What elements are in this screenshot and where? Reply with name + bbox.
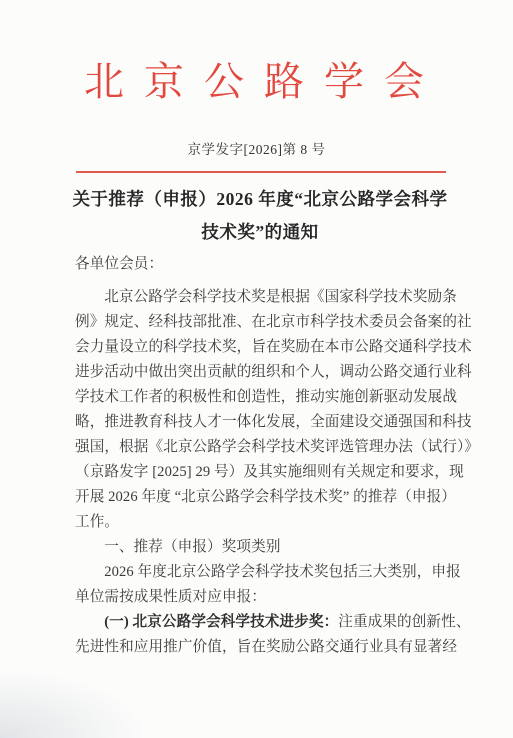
body-line: 进步活动中做出突出贡献的组织和个人，调动公路交通行业科 [75,360,475,385]
notice-title: 关于推荐（申报）2026 年度“北京公路学会科学 技术奖”的通知 [60,183,460,249]
notice-body: 各单位会员： 北京公路学会科学技术奖是根据《国家科学技术奖励条 例》规定、经科技… [75,252,475,660]
body-line: 例》规定、经科技部批准、在北京市科学技术委员会备案的社 [75,310,475,335]
scanned-notice-page: 北 京 公 路 学 会 京学发字[2026]第 8 号 关于推荐（申报）2026… [0,0,513,738]
award-item-1: (一) 北京公路学会科学技术进步奖：注重成果的创新性、 先进性和应用推广价值，旨… [75,610,475,660]
body-line: 2026 年度北京公路学会科学技术奖包括三大类别，申报 [75,560,475,585]
body-line: 北京公路学会科学技术奖是根据《国家科学技术奖励条 [75,285,475,310]
award-item-line-1: (一) 北京公路学会科学技术进步奖：注重成果的创新性、 [75,610,475,635]
body-line: （京路发字 [2025] 29 号）及其实施细则有关规定和要求，现 [75,460,475,485]
notice-title-line-1: 关于推荐（申报）2026 年度“北京公路学会科学 [60,183,460,216]
body-line: 略，推进教育科技人才一体化发展，全面建设交通强国和科技 [75,410,475,435]
award-item-line-2: 先进性和应用推广价值，旨在奖励公路交通行业具有显著经 [75,635,475,660]
scan-corner-shadow [0,668,150,738]
body-line: 强国，根据《北京公路学会科学技术奖评选管理办法（试行）》 [75,435,475,460]
paragraph-1: 北京公路学会科学技术奖是根据《国家科学技术奖励条 例》规定、经科技部批准、在北京… [75,285,475,535]
salutation: 各单位会员： [75,252,475,277]
section-heading-1: 一、推荐（申报）奖项类别 [75,535,475,560]
organization-title: 北 京 公 路 学 会 [0,58,513,106]
paragraph-2: 2026 年度北京公路学会科学技术奖包括三大类别，申报 单位需按成果性质对应申报… [75,560,475,610]
red-divider-line [76,171,446,173]
notice-title-line-2: 技术奖”的通知 [60,216,460,249]
body-line: 会力量设立的科学技术奖，旨在奖励在本市公路交通科学技术 [75,335,475,360]
award-item-text: 注重成果的创新性、 [338,614,470,630]
body-line: 单位需按成果性质对应申报： [75,585,475,610]
award-item-lead: (一) 北京公路学会科学技术进步奖： [104,614,338,630]
body-line: 开展 2026 年度 “北京公路学会科学技术奖” 的推荐（申报） [75,485,475,510]
document-number: 京学发字[2026]第 8 号 [0,140,513,160]
body-line: 学技术工作者的积极性和创造性，推动实施创新驱动发展战 [75,385,475,410]
body-line: 工作。 [75,510,475,535]
